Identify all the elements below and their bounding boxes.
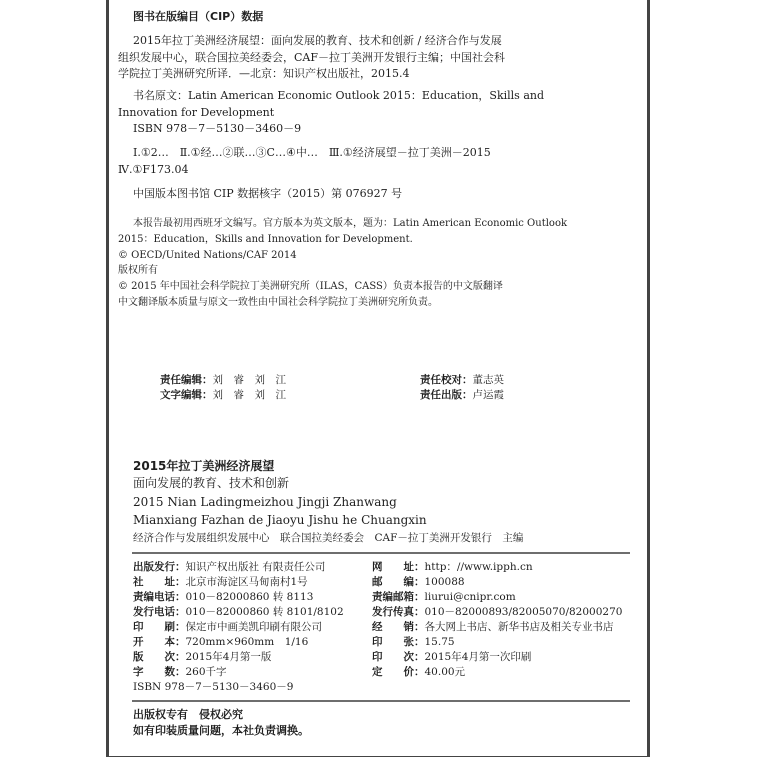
rights-statement: 出版权专有 侵权必究 [133,708,243,722]
pub-row: 发行电话：010－82000860 转 8101/8102 [133,605,344,619]
book-subtitle-pinyin: Mianxiang Fazhan de Jiaoyu Jishu he Chua… [133,513,427,528]
notice-line: 本报告最初用西班牙文编写。官方版本为英文版本，题为：Latin American… [133,217,567,230]
original-title-line: Innovation for Development [118,106,274,119]
pub-row: 版 次：2015年4月第一版 [133,650,271,664]
editor-label: 责任出版： [420,388,473,402]
pub-value: 15.75 [425,636,455,648]
pub-row: 发行传真：010－82000893/82005070/82000270 [372,605,622,619]
pub-row: 印 次：2015年4月第一次印刷 [372,650,531,664]
divider-rule [132,552,630,554]
cip-heading: 图书在版编目（CIP）数据 [133,10,263,23]
pub-label: 责编电话： [133,590,186,604]
editor-value: 卢运霞 [473,389,505,401]
pub-value: 北京市海淀区马甸南村1号 [186,576,308,588]
pub-label: 责编邮箱： [372,590,425,604]
editor-label: 文字编辑： [160,388,213,402]
notice-line: 中文翻译版本质量与原文一致性由中国社会科学院拉丁美洲研究所负责。 [118,296,438,309]
book-title-pinyin: 2015 Nian Ladingmeizhou Jingji Zhanwang [133,495,397,510]
pub-row: 网 址：http：//www.ipph.cn [372,560,533,574]
pub-isbn: ISBN 978－7－5130－3460－9 [133,680,293,694]
pub-label: 印 张： [372,635,425,649]
quality-statement: 如有印装质量问题，本社负责调换。 [133,724,309,738]
editor-row: 文字编辑：刘 睿 刘 江 [160,388,286,402]
pub-row: 定 价：40.00元 [372,665,465,679]
pub-value: 260千字 [186,666,227,678]
editor-value: 董志英 [473,374,505,386]
editor-label: 责任校对： [420,373,473,387]
editor-row: 责任出版：卢运霞 [420,388,504,402]
pub-label: 印 刷： [133,620,186,634]
cip-line: 学院拉丁美洲研究所译．—北京：知识产权出版社，2015.4 [118,67,410,80]
pub-row: 社 址：北京市海淀区马甸南村1号 [133,575,308,589]
classification-line: Ⅳ.①F173.04 [118,163,188,176]
pub-label: 发行电话： [133,605,186,619]
editor-value: 刘 睿 刘 江 [213,389,287,401]
pub-row: 字 数：260千字 [133,665,227,679]
pub-value: 知识产权出版社 有限责任公司 [186,561,326,573]
pub-row: 邮 编：100088 [372,575,465,589]
book-subtitle-cn: 面向发展的教育、技术和创新 [133,476,289,491]
pub-value: 100088 [425,576,465,588]
pub-value: 010－82000893/82005070/82000270 [425,606,623,618]
pub-value: 010－82000860 转 8101/8102 [186,606,344,618]
classification-line: Ⅰ.①2… Ⅱ.①经…②联…③C…④中… Ⅲ.①经济展望－拉丁美洲－2015 [133,146,491,159]
pub-row: 责编邮箱：liurui@cnipr.com [372,590,516,604]
notice-line: 版权所有 [118,264,158,277]
pub-label: 出版发行： [133,560,186,574]
pub-label: 版 次： [133,650,186,664]
pub-value: 2015年4月第一版 [186,651,272,663]
pub-label: 邮 编： [372,575,425,589]
editor-value: 刘 睿 刘 江 [213,374,287,386]
pub-label: 社 址： [133,575,186,589]
editor-row: 责任编辑：刘 睿 刘 江 [160,373,286,387]
pub-label: 网 址： [372,560,425,574]
notice-line: 2015：Education，Skills and Innovation for… [118,233,413,246]
copyright-line: © OECD/United Nations/CAF 2014 [118,249,297,262]
pub-row: 印 刷：保定市中画美凯印刷有限公司 [133,620,322,634]
pub-label: 经 销： [372,620,425,634]
pub-label: 字 数： [133,665,186,679]
pub-row: 经 销：各大网上书店、新华书店及相关专业书店 [372,620,614,634]
pub-label: 发行传真： [372,605,425,619]
book-editors-line: 经济合作与发展组织发展中心 联合国拉美经委会 CAF－拉丁美洲开发银行 主编 [133,531,523,545]
original-title-line: 书名原文：Latin American Economic Outlook 201… [133,89,544,102]
pub-label: 定 价： [372,665,425,679]
cip-number: 中国版本图书馆 CIP 数据核字（2015）第 076927 号 [133,187,402,200]
pub-value: 010－82000860 转 8113 [186,591,314,603]
pub-value: 各大网上书店、新华书店及相关专业书店 [425,621,614,633]
editor-row: 责任校对：董志英 [420,373,504,387]
editor-label: 责任编辑： [160,373,213,387]
pub-row: 印 张：15.75 [372,635,455,649]
copyright-line: © 2015 年中国社会科学院拉丁美洲研究所（ILAS，CASS）负责本报告的中… [118,280,503,293]
pub-row: 出版发行：知识产权出版社 有限责任公司 [133,560,325,574]
pub-value: 保定市中画美凯印刷有限公司 [186,621,323,633]
pub-row: 开 本：720mm×960mm 1/16 [133,635,308,649]
pub-value: 2015年4月第一次印刷 [425,651,532,663]
pub-row: 责编电话：010－82000860 转 8113 [133,590,313,604]
pub-value: 720mm×960mm 1/16 [186,636,309,648]
pub-value: 40.00元 [425,666,466,678]
cip-line: 2015年拉丁美洲经济展望：面向发展的教育、技术和创新 / 经济合作与发展 [133,34,502,47]
pub-label: 印 次： [372,650,425,664]
book-title-cn: 2015年拉丁美洲经济展望 [133,459,274,474]
pub-label: 开 本： [133,635,186,649]
cip-isbn: ISBN 978－7－5130－3460－9 [133,122,301,135]
divider-rule [132,700,630,702]
cip-line: 组织发展中心，联合国拉美经委会，CAF－拉丁美洲开发银行主编；中国社会科 [118,51,505,64]
pub-value: liurui@cnipr.com [425,591,516,603]
pub-value: http：//www.ipph.cn [425,561,533,573]
